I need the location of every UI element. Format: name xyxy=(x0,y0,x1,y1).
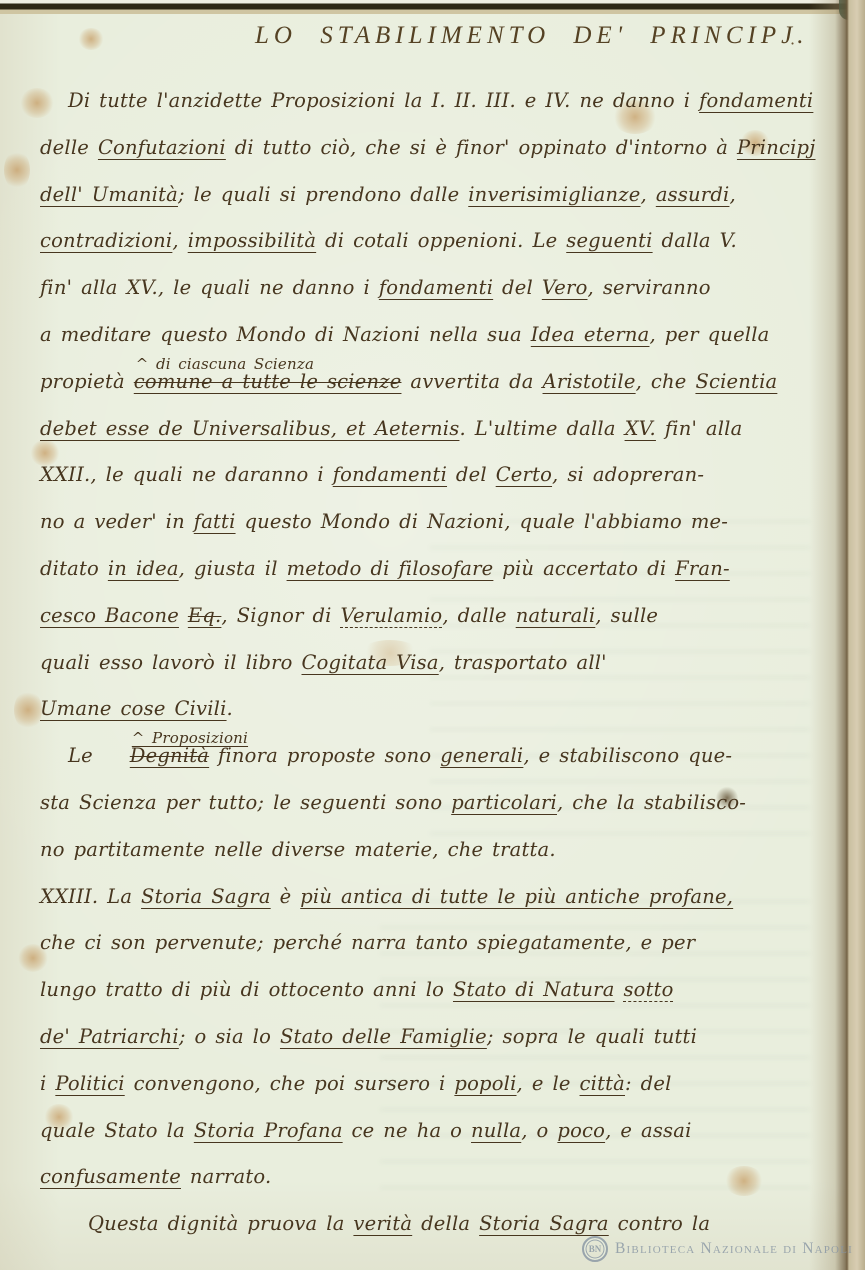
manuscript-line: fin' alla XV., le quali ne danno i fonda… xyxy=(40,265,828,312)
text-segment: XXII., le quali ne daranno i xyxy=(40,463,333,486)
text-segment: , o xyxy=(521,1119,557,1142)
correction-stack: ^ di ciascuna Scienzacomune a tutte le s… xyxy=(134,359,402,406)
manuscript-line: no partitamente nelle diverse materie, c… xyxy=(40,827,828,874)
text-segment: sotto xyxy=(623,978,673,1001)
stamp-label: Biblioteca Nazionale di Napoli xyxy=(615,1240,853,1258)
text-segment: , trasportato all' xyxy=(439,651,607,674)
text-segment: Aristotile xyxy=(543,370,636,393)
text-segment: di tutto ciò, che si è finor' oppinato d… xyxy=(226,136,737,159)
title-dot: · xyxy=(790,34,795,53)
text-segment: . xyxy=(227,697,233,720)
text-segment: fin' alla xyxy=(656,417,743,440)
text-segment: , serviranno xyxy=(588,276,711,299)
manuscript-line: sta Scienza per tutto; le seguenti sono … xyxy=(40,780,828,827)
text-segment: avvertita da xyxy=(401,370,542,393)
fox-spot xyxy=(4,150,30,190)
text-segment: , e assai xyxy=(605,1119,691,1142)
manuscript-line: de' Patriarchi; o sia lo Stato delle Fam… xyxy=(40,1014,828,1061)
text-segment: , che la stabilisco- xyxy=(557,791,746,814)
text-segment: della xyxy=(412,1212,479,1235)
binding-top-edge xyxy=(0,0,865,14)
manuscript-line: a meditare questo Mondo di Nazioni nella… xyxy=(40,312,828,359)
text-segment: è xyxy=(271,885,301,908)
manuscript-line: debet esse de Universalibus, et Aeternis… xyxy=(40,406,828,453)
text-segment: ditato xyxy=(40,557,108,580)
text-segment: , dalle xyxy=(442,604,515,627)
correction-stack: ^ ProposizioniDegnità xyxy=(102,733,209,780)
text-segment: , xyxy=(172,229,187,252)
text-segment: dalla V. xyxy=(653,229,737,252)
stamp-logo-icon: BN xyxy=(582,1236,608,1262)
manuscript-line: ditato in idea, giusta il metodo di filo… xyxy=(40,546,828,593)
text-segment: , per quella xyxy=(649,323,769,346)
text-segment: Scientia xyxy=(695,370,777,393)
text-segment: assurdi xyxy=(656,183,730,206)
manuscript-line: i Politici convengono, che poi sursero i… xyxy=(40,1061,828,1108)
text-segment: . L'ultime dalla xyxy=(459,417,624,440)
text-segment: de' Patriarchi xyxy=(40,1025,179,1048)
text-segment: , e le xyxy=(517,1072,580,1095)
text-segment: : del xyxy=(625,1072,672,1095)
manuscript-line: contradizioni, impossibilità di cotali o… xyxy=(40,218,828,265)
text-segment: seguenti xyxy=(566,229,652,252)
insertion-text: ^ di ciascuna Scienza xyxy=(136,357,314,372)
manuscript-line: Le ^ ProposizioniDegnità finora proposte… xyxy=(40,733,828,780)
text-segment: , si adopreran- xyxy=(552,463,704,486)
text-segment: Principj xyxy=(737,136,816,159)
text-segment: ; le quali si prendono dalle xyxy=(178,183,468,206)
text-segment: Cogitata Visa xyxy=(302,651,439,674)
text-segment: più antica di tutte le più antiche profa… xyxy=(300,885,733,908)
text-segment: ; o sia lo xyxy=(179,1025,280,1048)
text-segment: sta Scienza per tutto; le seguenti sono xyxy=(40,791,451,814)
library-stamp: BN Biblioteca Nazionale di Napoli xyxy=(582,1236,853,1262)
text-segment: verità xyxy=(353,1212,412,1235)
page-title: LO STABILIMENTO DE' PRINCIPJ. xyxy=(255,22,815,50)
text-segment: Storia Profana xyxy=(194,1119,343,1142)
manuscript-line: confusamente narrato. xyxy=(40,1154,828,1201)
text-segment: nulla xyxy=(471,1119,521,1142)
text-segment: Politici xyxy=(55,1072,124,1095)
manuscript-line: Di tutte l'anzidette Proposizioni la I. … xyxy=(40,78,828,125)
strikethrough-text: Degnità xyxy=(130,744,209,767)
text-segment: Vero xyxy=(542,276,588,299)
text-segment: questo Mondo di Nazioni, quale l'abbiamo… xyxy=(236,510,729,533)
text-segment: inverisimiglianze xyxy=(468,183,640,206)
fox-spot xyxy=(78,28,104,50)
text-segment: città xyxy=(580,1072,625,1095)
text-segment: più accertato di xyxy=(493,557,675,580)
text-segment: , sulle xyxy=(595,604,658,627)
text-segment: Di tutte l'anzidette Proposizioni la I. … xyxy=(68,89,699,112)
text-segment: quale Stato la xyxy=(40,1119,194,1142)
text-segment: contro la xyxy=(609,1212,710,1235)
text-segment: contradizioni xyxy=(40,229,172,252)
text-segment: poco xyxy=(557,1119,605,1142)
text-segment: confusamente xyxy=(40,1165,181,1188)
manuscript-line: XXII., le quali ne daranno i fondamenti … xyxy=(40,452,828,499)
text-segment: in idea xyxy=(108,557,179,580)
text-segment: propietà xyxy=(40,370,134,393)
manuscript-line: cesco Bacone Eq., Signor di Verulamio, d… xyxy=(40,593,828,640)
text-segment: , xyxy=(729,183,735,206)
manuscript-line: che ci son pervenute; perché narra tanto… xyxy=(40,920,828,967)
text-segment: fin' alla XV., le quali ne danno i xyxy=(40,276,379,299)
manuscript-line: quali esso lavorò il libro Cogitata Visa… xyxy=(40,640,828,687)
manuscript-line: propietà ^ di ciascuna Scienzacomune a t… xyxy=(40,359,828,406)
manuscript-line: Umane cose Civili. xyxy=(40,686,828,733)
text-segment: ce ne ha o xyxy=(343,1119,471,1142)
text-segment: debet esse de Universalibus, et Aeternis xyxy=(40,417,459,440)
manuscript-line: no a veder' in fatti questo Mondo di Naz… xyxy=(40,499,828,546)
text-segment: XV. xyxy=(625,417,656,440)
text-segment: fatti xyxy=(194,510,236,533)
text-segment: di cotali oppenioni. Le xyxy=(316,229,566,252)
text-segment: impossibilità xyxy=(188,229,316,252)
text-segment: Storia Sagra xyxy=(141,885,271,908)
text-segment: popoli xyxy=(454,1072,516,1095)
text-segment: Umane cose Civili xyxy=(40,697,227,720)
manuscript-scan: { "manuscript": { "title": "LO STABILIME… xyxy=(0,0,865,1270)
text-segment: no partitamente nelle diverse materie, c… xyxy=(40,838,556,861)
text-segment: ; sopra le quali tutti xyxy=(487,1025,697,1048)
text-segment: Storia Sagra xyxy=(479,1212,609,1235)
text-segment: Stato delle Famiglie xyxy=(280,1025,487,1048)
text-segment: generali xyxy=(440,744,523,767)
text-segment: XXIII. La xyxy=(40,885,141,908)
manuscript-line: dell' Umanità; le quali si prendono dall… xyxy=(40,172,828,219)
manuscript-line: lungo tratto di più di ottocento anni lo… xyxy=(40,967,828,1014)
text-segment: convengono, che poi sursero i xyxy=(125,1072,455,1095)
text-segment: fondamenti xyxy=(379,276,493,299)
text-segment: Fran- xyxy=(675,557,730,580)
text-segment: particolari xyxy=(451,791,557,814)
text-segment: Confutazioni xyxy=(98,136,226,159)
text-segment: Stato di Natura xyxy=(453,978,615,1001)
text-segment: a meditare questo Mondo di Nazioni nella… xyxy=(40,323,531,346)
text-segment: fondamenti xyxy=(333,463,447,486)
text-segment: che ci son pervenute; perché narra tanto… xyxy=(40,931,695,954)
text-segment: fondamenti xyxy=(699,89,813,112)
text-segment: finora proposte sono xyxy=(209,744,440,767)
text-segment xyxy=(179,604,188,627)
text-segment: lungo tratto di più di ottocento anni lo xyxy=(40,978,453,1001)
manuscript-line: quale Stato la Storia Profana ce ne ha o… xyxy=(40,1108,828,1155)
manuscript-line: delle Confutazioni di tutto ciò, che si … xyxy=(40,125,828,172)
text-segment: cesco Bacone xyxy=(40,604,179,627)
text-segment: , Signor di xyxy=(221,604,340,627)
text-segment: delle xyxy=(40,136,98,159)
text-segment: Certo xyxy=(496,463,552,486)
text-segment: Verulamio xyxy=(341,604,443,627)
text-segment: quali esso lavorò il libro xyxy=(40,651,302,674)
text-segment: del xyxy=(447,463,496,486)
text-segment: narrato. xyxy=(181,1165,271,1188)
text-segment: naturali xyxy=(516,604,596,627)
text-segment: , xyxy=(641,183,656,206)
text-segment: metodo di filosofare xyxy=(287,557,494,580)
strikethrough-text: comune a tutte le scienze xyxy=(134,370,402,393)
text-segment: i xyxy=(40,1072,55,1095)
text-segment: , giusta il xyxy=(179,557,287,580)
text-segment: Idea eterna xyxy=(531,323,650,346)
text-segment: del xyxy=(493,276,542,299)
fox-spot xyxy=(14,690,42,730)
text-segment: , che xyxy=(636,370,696,393)
strikethrough-text: Eq. xyxy=(188,604,222,627)
text-segment: Questa dignità pruova la xyxy=(88,1212,353,1235)
text-segment: , e stabiliscono que- xyxy=(523,744,732,767)
text-segment: Le xyxy=(68,744,102,767)
manuscript-line: XXIII. La Storia Sagra è più antica di t… xyxy=(40,874,828,921)
insertion-text: ^ Proposizioni xyxy=(104,731,248,746)
text-segment: dell' Umanità xyxy=(40,183,178,206)
manuscript-lines: Di tutte l'anzidette Proposizioni la I. … xyxy=(40,78,828,1248)
text-segment: no a veder' in xyxy=(40,510,194,533)
